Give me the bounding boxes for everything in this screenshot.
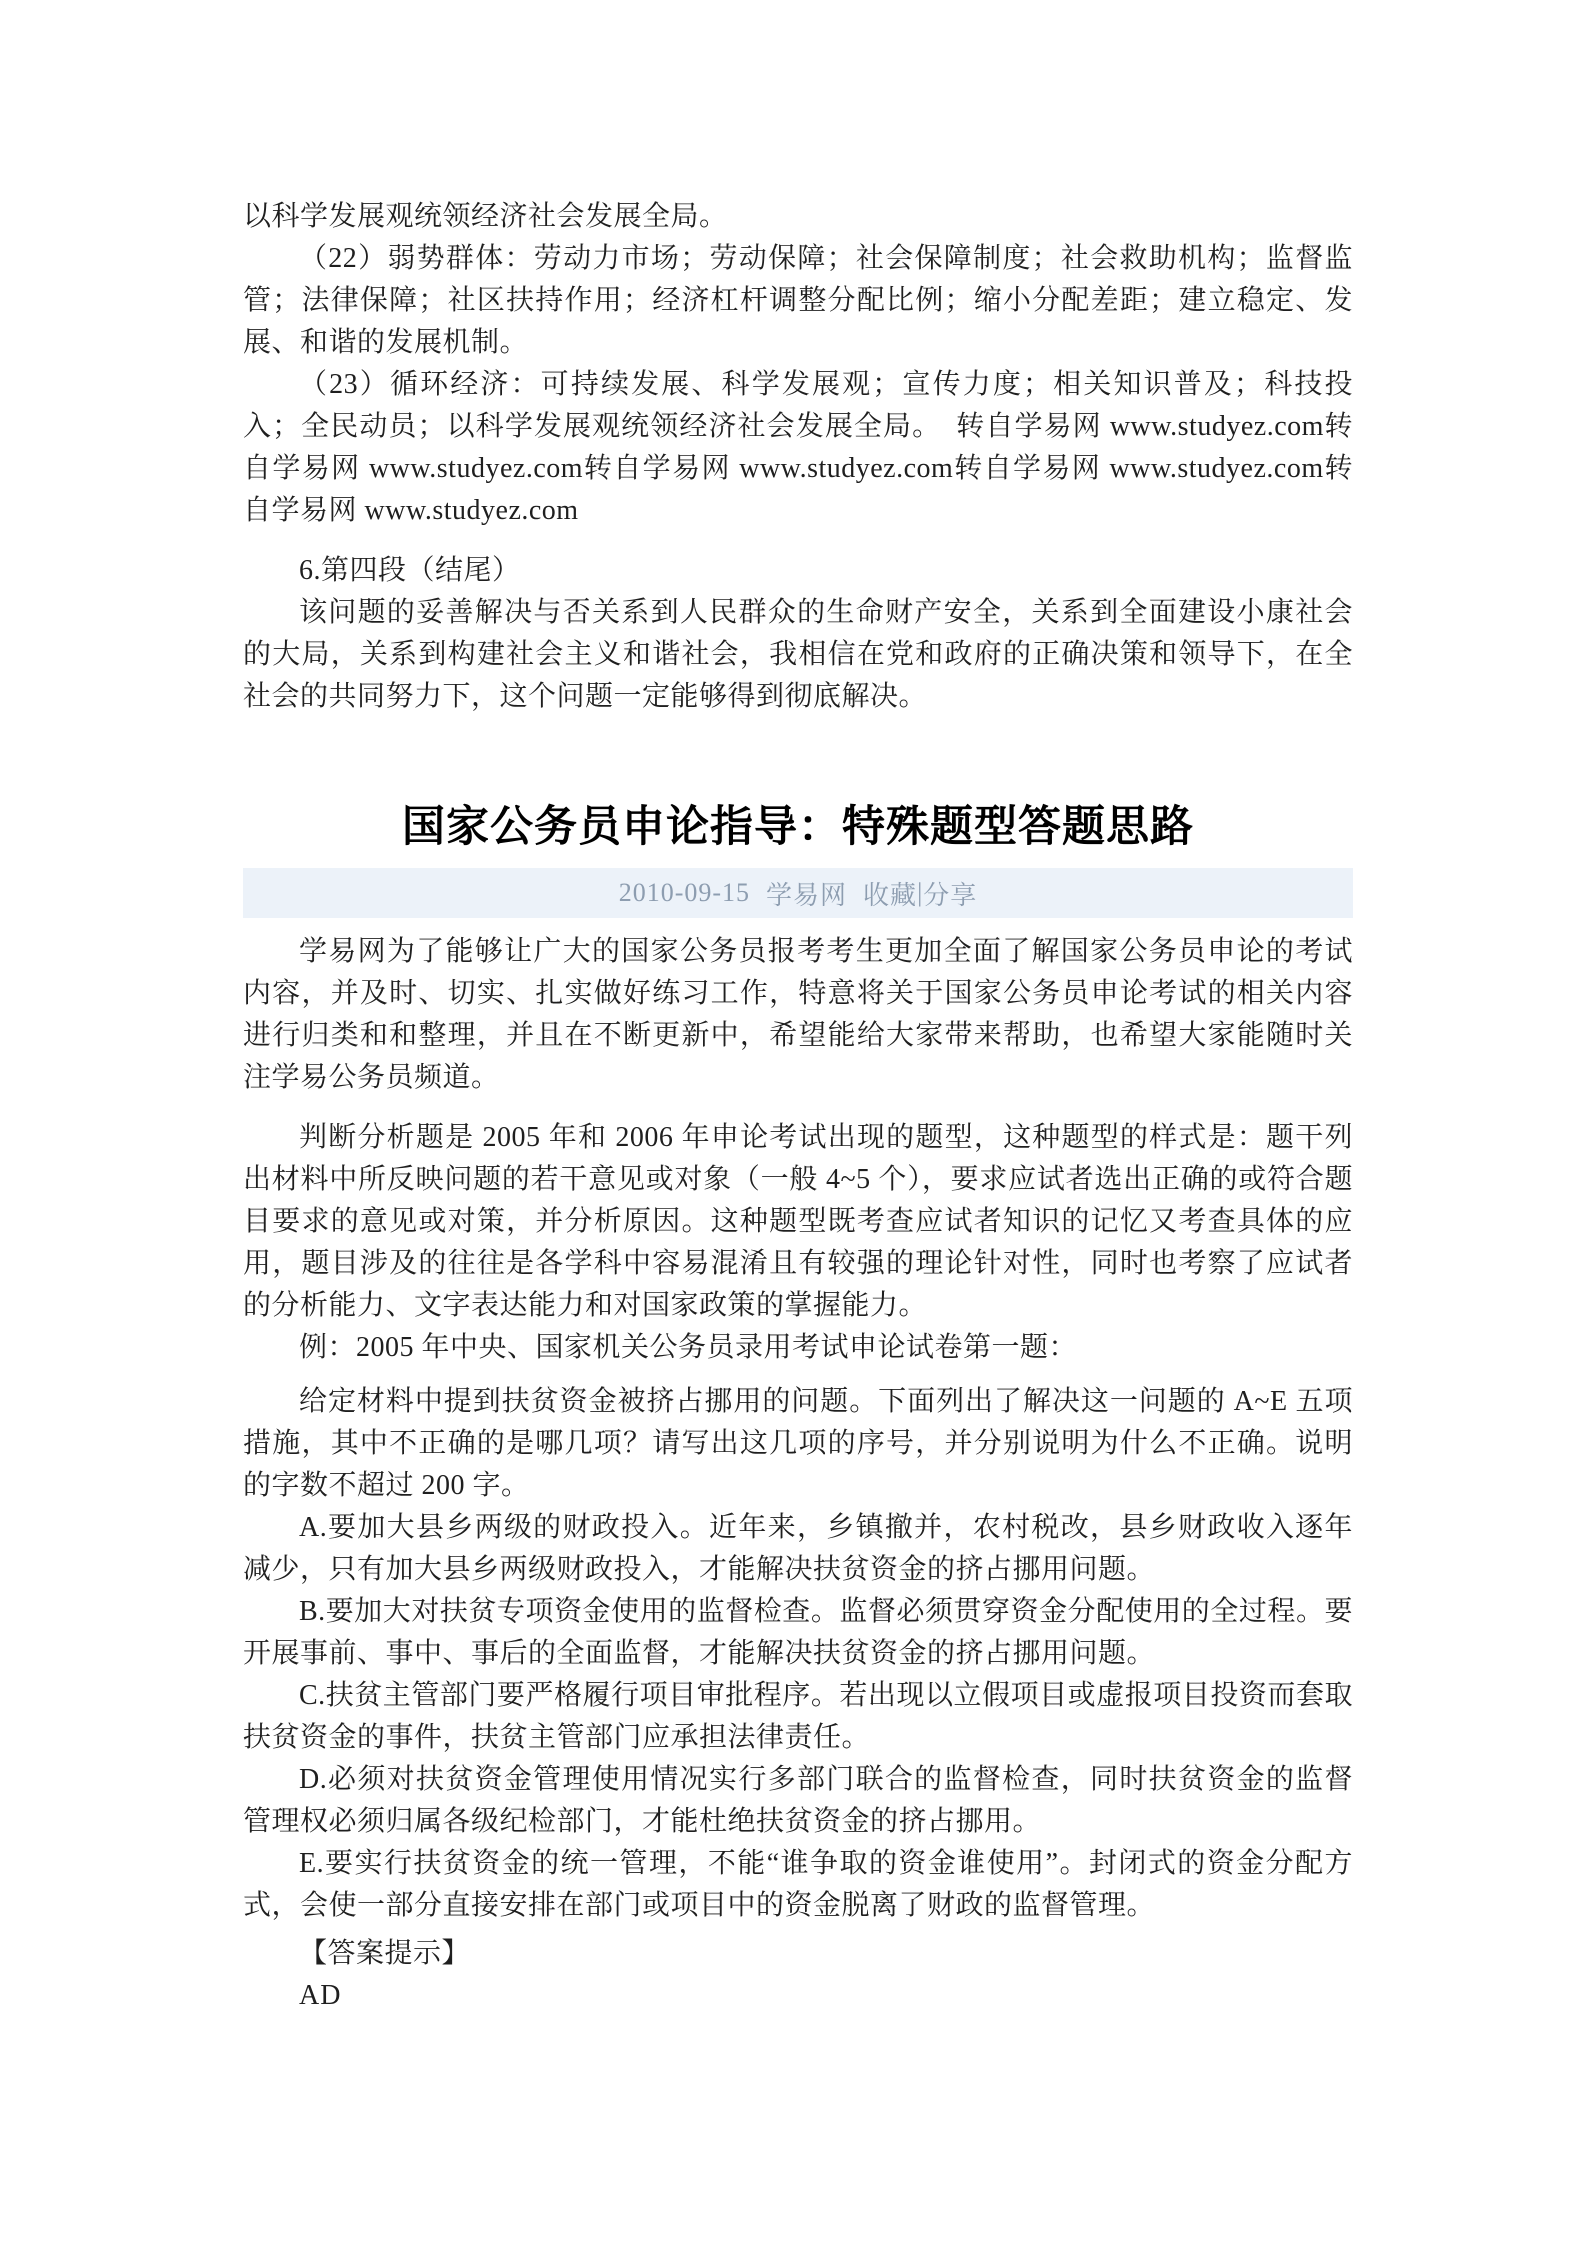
paragraph-item-22: （22）弱势群体：劳动力市场；劳动保障；社会保障制度；社会救助机构；监督监管；法… [243, 238, 1353, 364]
answer-value: AD [243, 1975, 1353, 2017]
article-date: 2010-09-15 [619, 878, 750, 908]
favorite-link[interactable]: 收藏 [863, 875, 917, 912]
paragraph-example-heading: 例：2005 年中央、国家机关公务员录用考试申论试卷第一题： [243, 1327, 1353, 1369]
article-meta-bar: 2010-09-15 学易网 收藏|分享 [243, 868, 1353, 918]
paragraph-continuation: 以科学发展观统领经济社会发展全局。 [243, 196, 1353, 238]
paragraph-question-type: 判断分析题是 2005 年和 2006 年申论考试出现的题型，这种题型的样式是：… [243, 1117, 1353, 1327]
share-link[interactable]: 分享 [923, 875, 977, 912]
paragraph-question: 给定材料中提到扶贫资金被挤占挪用的问题。下面列出了解决这一问题的 A~E 五项措… [243, 1381, 1353, 1507]
article-title: 国家公务员申论指导：特殊题型答题思路 [243, 800, 1353, 856]
option-a: A.要加大县乡两级的财政投入。近年来，乡镇撤并，农村税改，县乡财政收入逐年减少，… [243, 1507, 1353, 1591]
option-b: B.要加大对扶贫专项资金使用的监督检查。监督必须贯穿资金分配使用的全过程。要开展… [243, 1591, 1353, 1675]
section-heading-part4: 6.第四段（结尾） [243, 550, 1353, 592]
article-intro-paragraph: 学易网为了能够让广大的国家公务员报考考生更加全面了解国家公务员申论的考试内容，并… [243, 931, 1353, 1099]
paragraph-item-23: （23）循环经济：可持续发展、科学发展观；宣传力度；相关知识普及；科技投入；全民… [243, 364, 1353, 532]
document-page: 以科学发展观统领经济社会发展全局。 （22）弱势群体：劳动力市场；劳动保障；社会… [0, 0, 1594, 2252]
option-d: D.必须对扶贫资金管理使用情况实行多部门联合的监督检查，同时扶贫资金的监督管理权… [243, 1759, 1353, 1843]
option-e: E.要实行扶贫资金的统一管理，不能“谁争取的资金谁使用”。封闭式的资金分配方式，… [243, 1843, 1353, 1927]
paragraph-conclusion: 该问题的妥善解决与否关系到人民群众的生命财产安全，关系到全面建设小康社会的大局，… [243, 592, 1353, 718]
option-c: C.扶贫主管部门要严格履行项目审批程序。若出现以立假项目或虚报项目投资而套取扶贫… [243, 1675, 1353, 1759]
article-source: 学易网 [766, 875, 847, 912]
document-content: 以科学发展观统领经济社会发展全局。 （22）弱势群体：劳动力市场；劳动保障；社会… [243, 196, 1353, 2017]
answer-hint-heading: 【答案提示】 [243, 1933, 1353, 1975]
